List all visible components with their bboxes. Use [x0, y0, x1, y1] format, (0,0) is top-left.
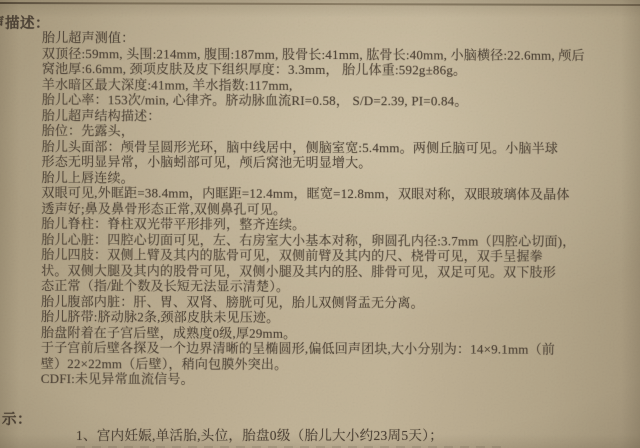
section-label-impression: 示： [2, 408, 32, 429]
form-border-line [0, 2, 640, 6]
report-text-line: 形态无明显异常，小脑蚓部可见，颅后窝池无明显增大。 [42, 154, 640, 172]
report-text-line: 双眼可见,外眶距=38.4mm，内眶距=12.4mm，眶宽=12.8mm，双眼对… [41, 185, 640, 203]
report-text-line: 于子宫前后壁各探及一个边界清晰的呈椭圆形,偏低回声团块,大小分别为：14×9.1… [41, 340, 640, 358]
ultrasound-report-photo: 声描述： 胎儿超声测值：双顶径:59mm, 头围:214mm, 腹围:187mm… [0, 0, 640, 448]
report-text-line: 窝池厚:6.6mm, 颈项皮肤及皮下组织厚度：3.3mm， 胎儿体重:592g±… [42, 61, 640, 79]
report-text-line: 胎儿脊柱：脊柱双光带平形排列，整齐连续。 [41, 216, 640, 234]
report-body: 胎儿超声测值：双顶径:59mm, 头围:214mm, 腹围:187mm, 股骨长… [41, 30, 640, 389]
report-text-line: CDFI:未见异常血流信号。 [41, 371, 640, 389]
report-text-line: 胎位：先露头， [42, 123, 640, 141]
report-text-line: 胎儿脐带:脐动脉2条,颈部皮肤未见压迹。 [41, 309, 640, 327]
report-text-line: 胎儿心率：153次/min, 心律齐。脐动脉血流RI=0.58， S/D=2.3… [42, 92, 640, 110]
report-text-line: 胎儿超声测值： [42, 30, 640, 48]
report-text-line: 态正常（指/趾个数及长短无法显示清楚）。 [41, 278, 640, 296]
report-text-line: 胎儿四肢：双侧上臂及其内的肱骨可见，双侧前臂及其内的尺、桡骨可见，双手呈握拳 [41, 247, 640, 265]
impression-item-1: 1、宫内妊娠,单活胎,头位，胎盘0级（胎儿大小约23周5天）； [76, 424, 443, 444]
